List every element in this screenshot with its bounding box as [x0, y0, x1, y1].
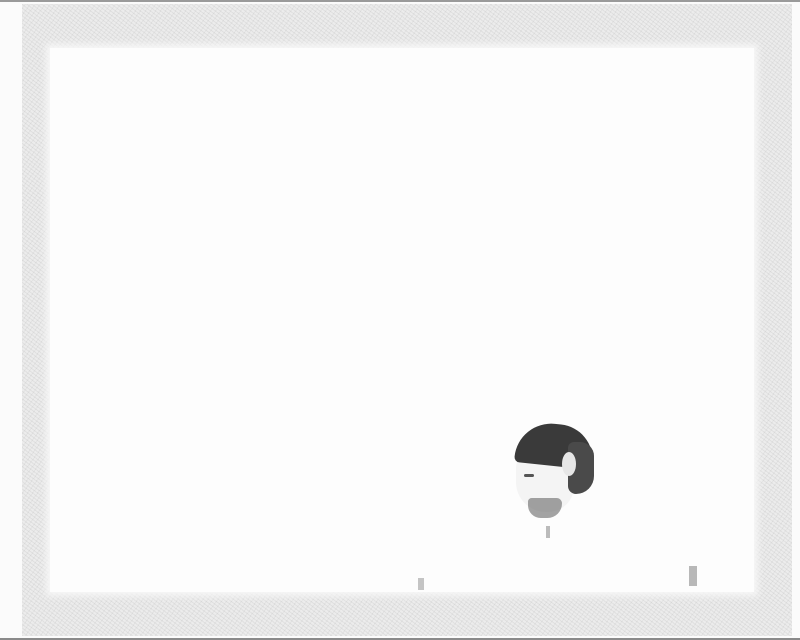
collar: [546, 526, 550, 538]
photo-image-area: [50, 48, 754, 592]
beard: [528, 498, 562, 518]
film-mark-left: [418, 578, 424, 590]
photo-top-edge: [0, 0, 800, 2]
film-mark-right: [689, 566, 697, 586]
photograph: [0, 0, 800, 640]
ear: [562, 452, 576, 476]
man-head: [514, 422, 598, 542]
eye: [524, 474, 534, 477]
